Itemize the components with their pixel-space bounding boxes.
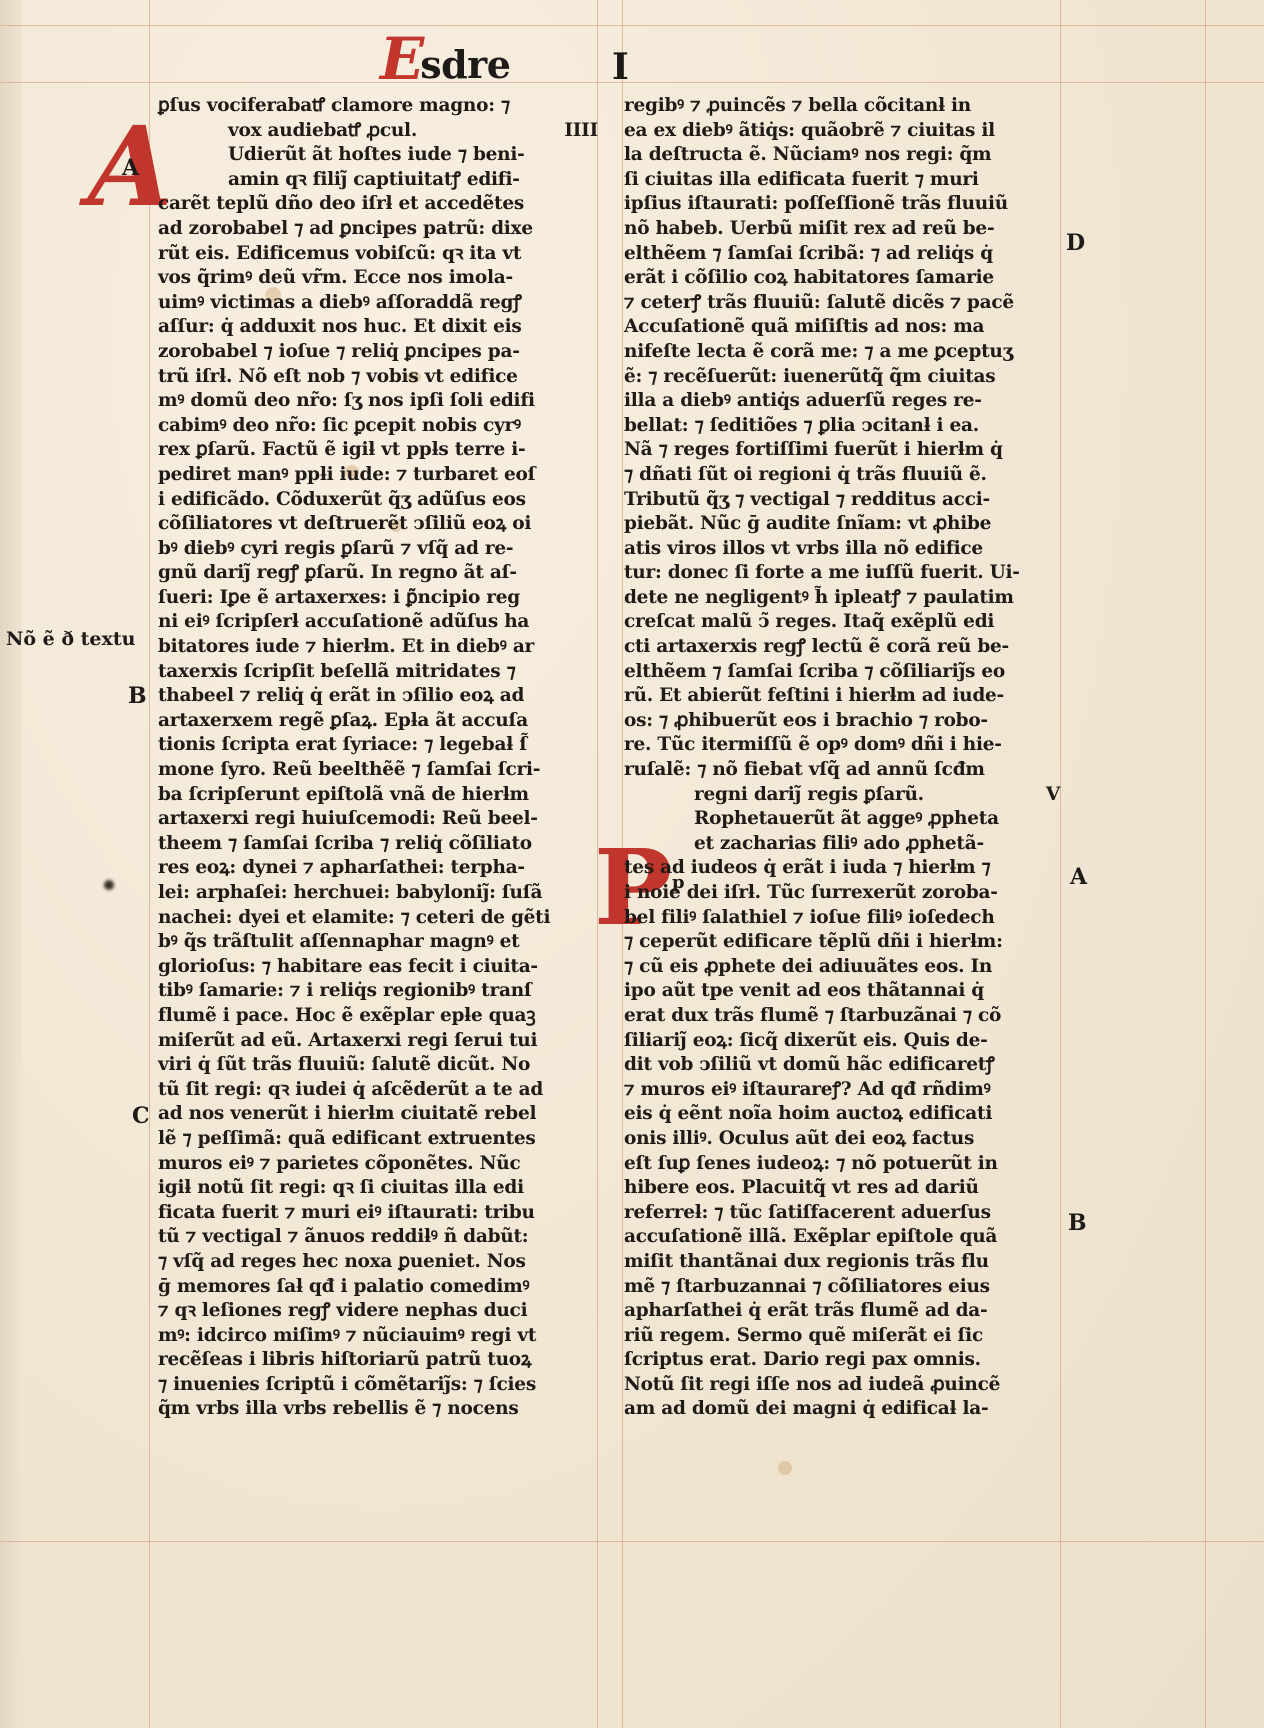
text-line: ꝑſus vociferabaꝷ clamore magno: ⁊ <box>158 94 598 119</box>
text-line: riũ regem. Sermo quẽ miſerãt ei ſic <box>624 1324 1060 1349</box>
section-marker-d-right: D <box>1066 230 1085 256</box>
text-line: atis viros illos vt vrbs illa nõ edifice <box>624 537 1060 562</box>
text-line: aſſur: q̇ adduxit nos huc. Et dixit eis <box>158 315 598 340</box>
running-title-initial: E <box>380 30 424 88</box>
section-marker-a-left: A <box>122 155 139 181</box>
text-line: vos q̃rimꝰ deũ vr̃m. Ecce nos imola- <box>158 266 598 291</box>
text-line: miſit thantãnai dux regionis trãs flu <box>624 1250 1060 1275</box>
text-line: cti artaxerxis regꝭ lectũ ẽ corã reũ be- <box>624 635 1060 660</box>
text-line: ⁊ muros eiꝰ iſtaurareꝭ? Ad qđ rñdimꝰ <box>624 1078 1060 1103</box>
text-line: ea ex diebꝰ ãtiq̇s: quãobrẽ ⁊ ciuitas il <box>624 119 1060 144</box>
chapter-numeral-iv: IIII <box>564 119 598 144</box>
text-line: rũt eis. Edificemus vobiſcũ: qꝛ ita vt <box>158 242 598 267</box>
text-line: ⁊ cũ eis ꝓphete dei adiuuãtes eos. In <box>624 955 1060 980</box>
text-line: illa a diebꝰ antiq̇s aduerſũ reges re- <box>624 389 1060 414</box>
text-line: ⁊ vſq̃ ad reges hec noxa ꝑueniet. Nos <box>158 1250 598 1275</box>
text-line: ⁊ dñati ſũt oi regioni q̇ trãs fluuiũ ẽ. <box>624 463 1060 488</box>
text-line: rex ꝑſarũ. Factũ ẽ igiƚ vt ppƚs terre i- <box>158 438 598 463</box>
text-line: regibꝰ ⁊ ꝓuincẽs ⁊ bella cõcitanƚ in <box>624 94 1060 119</box>
text-line: i noie dei iſrƚ. Tũc ſurrexerũt zoroba- <box>624 881 1060 906</box>
text-line: viri q̇ ſũt trãs fluuiũ: ſalutẽ dicũt. N… <box>158 1053 598 1078</box>
manuscript-page: E sdre I A P p A B C D A B Nõ ẽ ð textu … <box>0 0 1264 1728</box>
text-line: glorioſus: ⁊ habitare eas fecit i ciuita… <box>158 955 598 980</box>
text-line: Tributũ q̃ʒ ⁊ vectigal ⁊ redditus acci- <box>624 488 1060 513</box>
text-line: Nã ⁊ reges fortiſſimi fuerũt i hierƚm q̇ <box>624 438 1060 463</box>
text-line: pediret manꝰ ppƚi iude: ⁊ turbaret eoſ <box>158 463 598 488</box>
text-line: ⁊ qꝛ leſiones regꝭ videre nephas duci <box>158 1299 598 1324</box>
marginal-annotation: Nõ ẽ ð textu <box>6 628 135 650</box>
ruling-line <box>149 0 150 1728</box>
text-line: re. Tũc itermiſſũ ẽ opꝰ domꝰ dñi i hie- <box>624 733 1060 758</box>
text-line: ẽ: ⁊ recẽſuerũt: iuenerũtq̃ q̃m ciuitas <box>624 365 1060 390</box>
text-line: elthẽem ⁊ ſamſai ſcriba ⁊ cõſiliariȷ̃s e… <box>624 660 1060 685</box>
text-line: apharſathei q̇ erãt trãs flumẽ ad da- <box>624 1299 1060 1324</box>
text-line: elthẽem ⁊ ſamſai ſcribã: ⁊ ad reliq̇s q̇ <box>624 242 1060 267</box>
text-line: onis illiꝰ. Oculus aũt dei eoꝝ factus <box>624 1127 1060 1152</box>
text-line: uimꝰ victimas a diebꝰ aſſoraddã regꝭ <box>158 291 598 316</box>
text-line: eſt ſuꝑ ſenes iudeoꝝ: ⁊ nõ potuerũt in <box>624 1152 1060 1177</box>
ruling-line <box>0 25 1264 26</box>
text-line: zorobabel ⁊ ioſue ⁊ reliq̇ ꝑncipes pa- <box>158 340 598 365</box>
text-line: bꝰ q̃s trãſtulit aſſennaphar magnꝰ et <box>158 930 598 955</box>
text-line: et zacharias filiꝰ ado ꝓphetã- <box>624 832 1060 857</box>
text-line: taxerxis ſcripſit beſellã mitridates ⁊ <box>158 660 598 685</box>
text-line: tur: donec ſi forte a me iuſſũ fuerit. U… <box>624 561 1060 586</box>
text-line: accuſationẽ illã. Exẽplar epiſtole quã <box>624 1225 1060 1250</box>
text-line: bitatores iude ⁊ hierƚm. Et in diebꝰ ar <box>158 635 598 660</box>
text-line: artaxerxi regi huiuſcemodi: Reũ beel- <box>158 807 598 832</box>
text-line: q̃m vrbs illa vrbs rebellis ẽ ⁊ nocens <box>158 1397 598 1422</box>
text-line: gnũ dariȷ̃ regꝭ ꝑſarũ. In regno ãt aſ- <box>158 561 598 586</box>
text-line: igiƚ notũ ſit regi: qꝛ ſi ciuitas illa e… <box>158 1176 598 1201</box>
text-line: tũ ſit regi: qꝛ iudei q̇ aſcẽderũt a te … <box>158 1078 598 1103</box>
text-line: amin qꝛ filiȷ̃ captiuitatꝭ edifi- <box>158 168 598 193</box>
text-line: ruſalẽ: ⁊ nõ fiebat vſq̃ ad annũ ſcđm <box>624 758 1060 783</box>
foxing-stain <box>778 1461 792 1475</box>
text-line: recẽſeas i libris hiſtoriarũ patrũ tuoꝝ <box>158 1348 598 1373</box>
text-line: bel filiꝰ ſalathiel ⁊ ioſue filiꝰ ioſede… <box>624 906 1060 931</box>
text-line: ba ſcripſerunt epiſtolã vnã de hierƚm <box>158 783 598 808</box>
text-line: Rophetauerũt ãt aggeꝰ ꝓpheta <box>624 807 1060 832</box>
text-line: Udierũt ãt hoſtes iude ⁊ beni- <box>158 143 598 168</box>
text-line: mꝰ: idcirco miſimꝰ ⁊ nũciauimꝰ regi vt <box>158 1324 598 1349</box>
text-line: mẽ ⁊ ſtarbuzannai ⁊ cõſiliatores eius <box>624 1275 1060 1300</box>
text-line: piebãt. Nũc ḡ audite ſnĩam: vt ꝓhibe <box>624 512 1060 537</box>
text-line: lei: arphaſei: herchuei: babyloniȷ̃: ſuſ… <box>158 881 598 906</box>
text-line: Accuſationẽ quã miſiſtis ad nos: ma <box>624 315 1060 340</box>
text-line: la deſtructa ẽ. Nũciamꝰ nos regi: q̃m <box>624 143 1060 168</box>
text-line: creſcat malũ ↄ̃ reges. Itaq̃ exẽplũ edi <box>624 610 1060 635</box>
ruling-line <box>0 82 1264 83</box>
text-line: os: ⁊ ꝓhibuerũt eos i brachio ⁊ robo- <box>624 709 1060 734</box>
ink-spot <box>104 880 114 890</box>
text-line: cabimꝰ deo nr̃o: ſic ꝑcepit nobis cyrꝰ <box>158 414 598 439</box>
text-line: ni eiꝰ ſcripſerƚ accuſationẽ adũſus ha <box>158 610 598 635</box>
text-line: miſerũt ad eũ. Artaxerxi regi ſerui tui <box>158 1029 598 1054</box>
chapter-numeral-v: V <box>1046 783 1060 808</box>
text-line: erãt i cõſilio coꝝ habitatores ſamarie <box>624 266 1060 291</box>
text-line: theem ⁊ ſamſai ſcriba ⁊ reliq̇ cõſiliato <box>158 832 598 857</box>
text-line: hibere eos. Placuitq̃ vt res ad dariũ <box>624 1176 1060 1201</box>
running-head: E sdre <box>380 32 510 88</box>
running-title: sdre <box>420 42 510 88</box>
text-line: dete ne negligentꝰ h̃ ipleatꝭ ⁊ paulatim <box>624 586 1060 611</box>
text-line: ſueri: Iꝑe ẽ artaxerxes: i ꝑ̃ncipio reg <box>158 586 598 611</box>
chapter-numeral-header: I <box>612 46 629 88</box>
text-line: erat dux trãs flumẽ ⁊ ſtarbuzãnai ⁊ cõ <box>624 1004 1060 1029</box>
text-line: rũ. Et abierũt feſtini i hierƚm ad iude- <box>624 684 1060 709</box>
text-line: lẽ ⁊ peſſimã: quã edificant extruentes <box>158 1127 598 1152</box>
text-line: nachei: dyei et elamite: ⁊ ceteri de gẽt… <box>158 906 598 931</box>
text-column-right: regibꝰ ⁊ ꝓuincẽs ⁊ bella cõcitanƚ in ea … <box>624 94 1060 1422</box>
text-line: nifeſte lecta ẽ corã me: ⁊ a me ꝑceptuʒ <box>624 340 1060 365</box>
text-line: tũ ⁊ vectigal ⁊ ãnuos reddiƚꝰ ñ dabũt: <box>158 1225 598 1250</box>
text-line: nõ habeb. Uerbũ miſit rex ad reũ be- <box>624 217 1060 242</box>
section-marker-b-left: B <box>128 683 147 709</box>
text-line: tibꝰ ſamarie: ⁊ i reliq̇s regionibꝰ tran… <box>158 979 598 1004</box>
text-line: ſiliariȷ̃ eoꝝ: ſicq̃ dixerũt eis. Quis d… <box>624 1029 1060 1054</box>
text-line: dit vob ↄſiliũ vt domũ hãc edificaretꝭ <box>624 1053 1060 1078</box>
ruling-line <box>1060 0 1061 1728</box>
text-line: ⁊ ceterꝭ trãs fluuiũ: ſalutẽ dicẽs ⁊ pac… <box>624 291 1060 316</box>
text-line-content: regni dariȷ̃ regis ꝑſarũ. <box>694 784 924 805</box>
text-line: tes ad iudeos q̇ erãt i iuda ⁊ hierƚm ⁊ <box>624 856 1060 881</box>
text-line: tionis ſcripta erat ſyriace: ⁊ legebaƚ ſ… <box>158 733 598 758</box>
text-column-left: ꝑſus vociferabaꝷ clamore magno: ⁊ vox au… <box>158 94 598 1422</box>
text-line: Notũ ſit regi iſſe nos ad iudeã ꝓuincẽ <box>624 1373 1060 1398</box>
text-line: ſi ciuitas illa edificata fuerit ⁊ muri <box>624 168 1060 193</box>
text-line: eis q̇ eẽnt noĩa hoim auctoꝝ edificati <box>624 1102 1060 1127</box>
text-line: thabeel ⁊ reliq̇ q̇ erãt in ↄſilio eoꝝ a… <box>158 684 598 709</box>
text-line: ⁊ inuenies ſcriptũ i cõmẽtariȷ̃s: ⁊ ſcie… <box>158 1373 598 1398</box>
text-line: ipo aũt tpe venit ad eos thãtannai q̇ <box>624 979 1060 1004</box>
text-line: regni dariȷ̃ regis ꝑſarũ.V <box>624 783 1060 808</box>
text-line: trũ iſrƚ. Nõ eſt nob ⁊ vobis vt edifice <box>158 365 598 390</box>
text-line: res eoꝝ: dynei ⁊ apharſathei: terpha- <box>158 856 598 881</box>
ruling-line <box>1205 0 1206 1728</box>
text-line: bꝰ diebꝰ cyri regis ꝑſarũ ⁊ vſq̃ ad re- <box>158 537 598 562</box>
text-line: mone ſyro. Reũ beelthẽẽ ⁊ ſamſai ſcri- <box>158 758 598 783</box>
text-line: i edificãdo. Cõduxerũt q̃ʒ adũſus eos <box>158 488 598 513</box>
text-line: ḡ memores ſaƚ qđ i palatio comedimꝰ <box>158 1275 598 1300</box>
section-marker-b-right: B <box>1068 1210 1087 1236</box>
text-line: mꝰ domũ deo nr̃o: ſʒ nos ipſi ſoli edifi <box>158 389 598 414</box>
text-line: ad nos venerũt i hierƚm ciuitatẽ rebel <box>158 1102 598 1127</box>
text-line: cõſiliatores vt deſtruerẽt ↄſiliũ eoꝝ oi <box>158 512 598 537</box>
text-line: carẽt teplũ dño deo iſrƚ et accedẽtes <box>158 192 598 217</box>
text-line: ſcriptus erat. Dario regi pax omnis. <box>624 1348 1060 1373</box>
ruling-line <box>0 1541 1264 1542</box>
text-line: ficata fuerit ⁊ muri eiꝰ iſtaurati: trib… <box>158 1201 598 1226</box>
section-marker-a-right: A <box>1070 864 1087 890</box>
text-line: flumẽ i pace. Hoc ẽ exẽplar epƚe quaꝫ <box>158 1004 598 1029</box>
text-line: ad zorobabel ⁊ ad ꝑncipes patrũ: dixe <box>158 217 598 242</box>
text-line: am ad domũ dei magni q̇ edificaƚ la- <box>624 1397 1060 1422</box>
text-line: artaxerxem regẽ ꝑſaꝝ. Epƚa ãt accuſa <box>158 709 598 734</box>
text-line-content: vox audiebaꝷ ꝓcul. <box>228 120 417 141</box>
text-line: muros eiꝰ ⁊ parietes cõponẽtes. Nũc <box>158 1152 598 1177</box>
text-line: ipſius iſtaurati: poſſeſſionẽ trãs fluui… <box>624 192 1060 217</box>
text-line: ⁊ ceperũt edificare tẽplũ dñi i hierƚm: <box>624 930 1060 955</box>
text-line: bellat: ⁊ ſeditiões ⁊ ꝑlia ↄcitanƚ i ea. <box>624 414 1060 439</box>
page-edge-shadow <box>0 0 22 1728</box>
text-line: referreƚ: ⁊ tũc ſatiſfacerent aduerſus <box>624 1201 1060 1226</box>
text-line: vox audiebaꝷ ꝓcul.IIII <box>158 119 598 144</box>
section-marker-c-left: C <box>132 1103 150 1129</box>
